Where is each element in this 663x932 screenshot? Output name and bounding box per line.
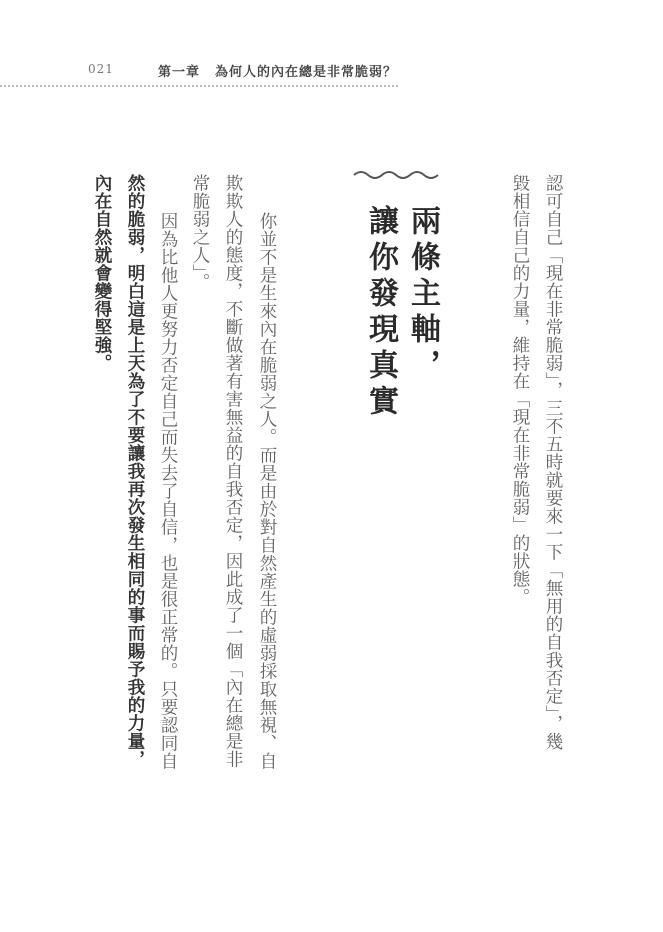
text-column: 你並不是生來內在脆弱之人。而是由於對自然產生的虛弱採取無視、自	[256, 212, 278, 770]
text-column: 毀相信自己的力量，維持在「現在非常脆弱」的狀態。	[509, 174, 531, 606]
text-column: 認可自己「現在非常脆弱」，三不五時就要來一下「無用的自我否定」，幾	[542, 174, 564, 751]
text-column-emphasis: 內在自然就會變得堅強。	[91, 174, 113, 372]
text-column: 欺欺人的態度，不斷做著有害無益的自我否定，因此成了一個「內在總是非	[222, 174, 244, 768]
page-number: 021	[88, 62, 114, 76]
text-column-emphasis: 然的脆弱，明白這是上天為了不要讓我再次發生相同的事而賜予我的力量，	[124, 174, 146, 768]
text-column: 因為比他人更努力否定自己而失去了自信，也是很正常的。只要認同自	[157, 212, 179, 770]
chapter-title: 為何人的內在總是非常脆弱？	[215, 61, 397, 80]
section-heading-line1: 兩條主軸，	[400, 205, 444, 385]
running-header: 021 第一章 為何人的內在總是非常脆弱？	[0, 62, 400, 82]
wave-ornament-icon	[352, 168, 444, 182]
text-column: 常脆弱之人」。	[189, 174, 211, 291]
header-divider	[0, 85, 398, 87]
chapter-label: 第一章	[158, 61, 200, 80]
section-heading-line2: 讓你發現真實	[358, 205, 402, 421]
